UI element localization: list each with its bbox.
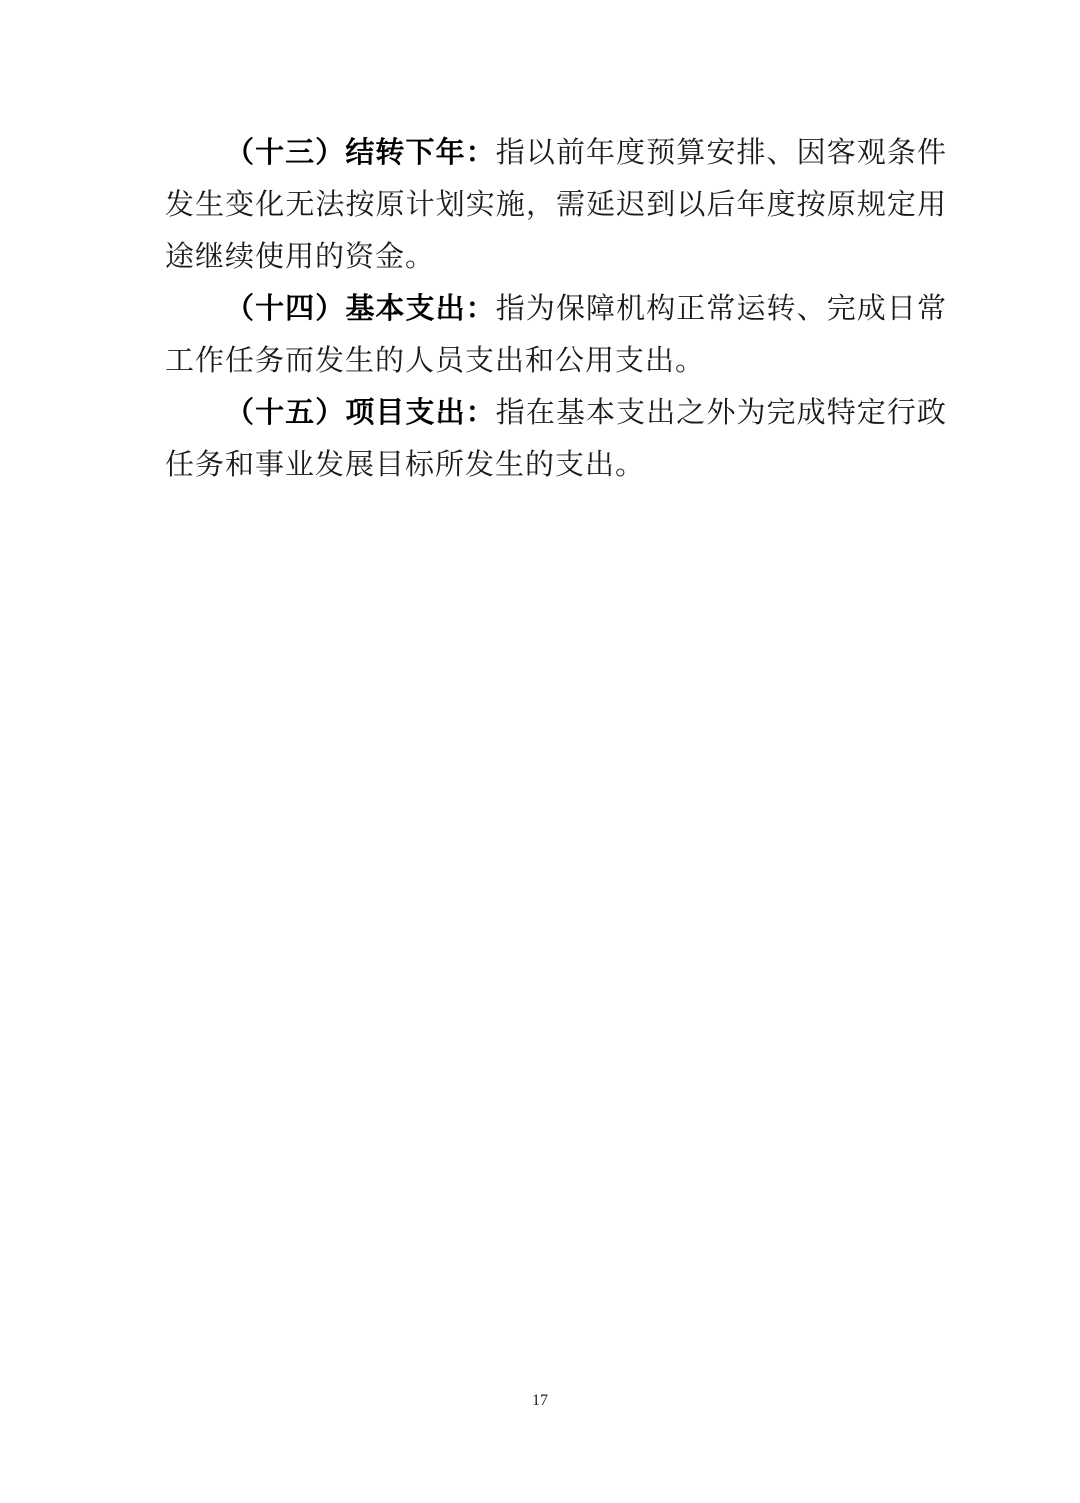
document-page: （十三）结转下年：指以前年度预算安排、因客观条件发生变化无法按原计划实施，需延迟… <box>0 0 1080 1503</box>
term-heading: （十四）基本支出： <box>225 291 496 325</box>
definition-paragraph-carryover: （十三）结转下年：指以前年度预算安排、因客观条件发生变化无法按原计划实施，需延迟… <box>165 126 947 282</box>
definition-paragraph-project-expenditure: （十五）项目支出：指在基本支出之外为完成特定行政任务和事业发展目标所发生的支出。 <box>165 386 947 490</box>
term-heading: （十五）项目支出： <box>225 395 496 429</box>
term-heading: （十三）结转下年： <box>225 135 496 169</box>
body-text: （十三）结转下年：指以前年度预算安排、因客观条件发生变化无法按原计划实施，需延迟… <box>165 126 947 490</box>
page-number: 17 <box>0 1392 1080 1410</box>
definition-paragraph-basic-expenditure: （十四）基本支出：指为保障机构正常运转、完成日常工作任务而发生的人员支出和公用支… <box>165 282 947 386</box>
